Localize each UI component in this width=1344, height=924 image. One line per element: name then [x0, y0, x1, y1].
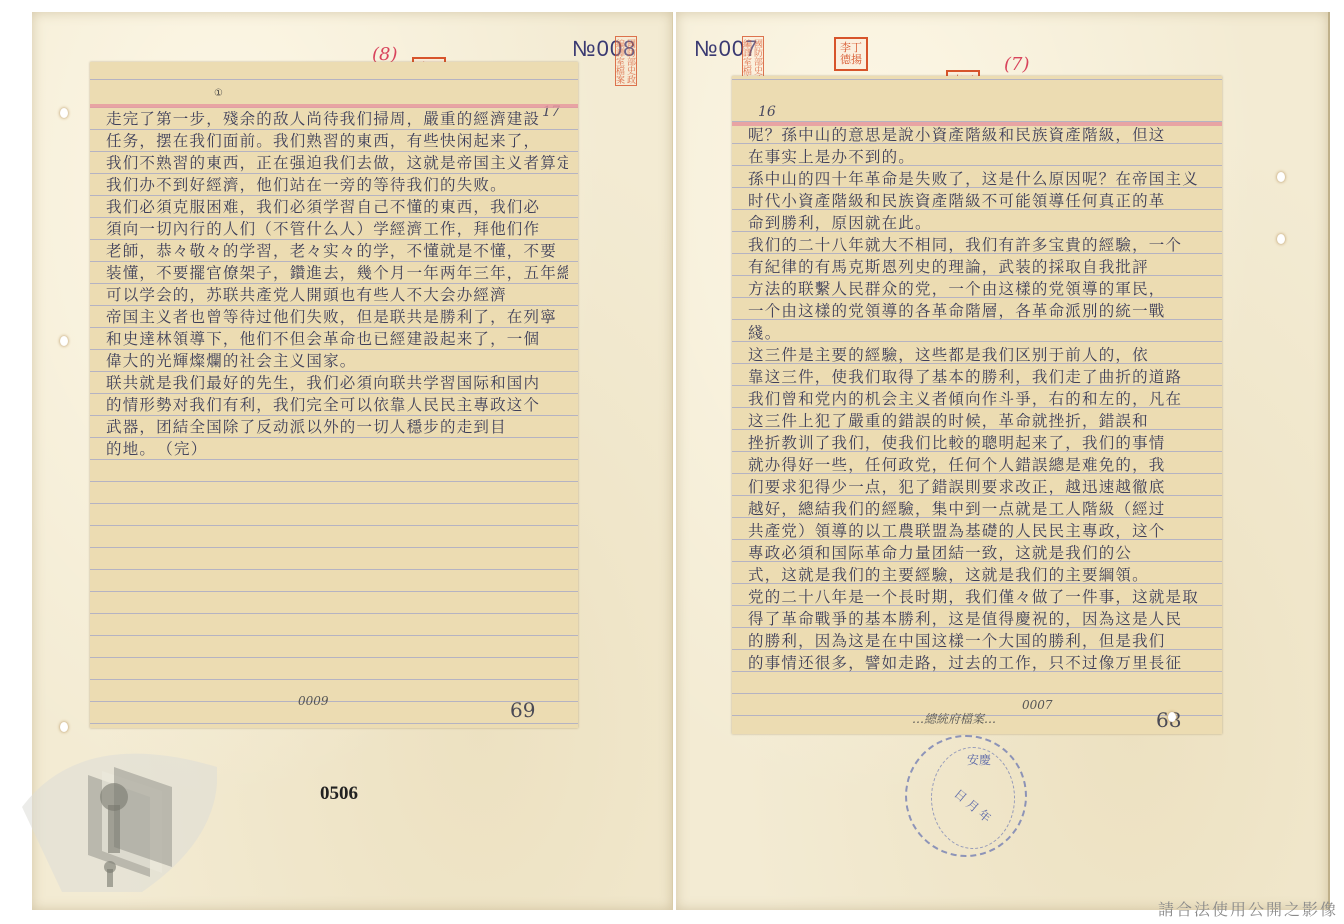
text-line: 偉大的光輝燦爛的社会主义国家。 [106, 350, 568, 372]
text-line: 共產党）領導的以工農联盟為基礎的人民民主專政，这个 [748, 520, 1212, 542]
text-line: 在事实上是办不到的。 [748, 146, 1212, 168]
text-line: 靠这三件，使我们取得了基本的勝利，我们走了曲折的道路 [748, 366, 1212, 388]
text-line: 的情形勢对我们有利，我们完全可以依靠人民民主專政这个 [106, 394, 568, 416]
left-archive-seal: 國防部史政編譯室檔案 [615, 36, 637, 86]
right-signature-mark: 0007 [1022, 698, 1053, 712]
right-page-number-top: 16 [758, 104, 776, 120]
text-line: 的事情还很多，譬如走路，过去的工作，只不过像万里長征 [748, 652, 1212, 674]
text-line: 方法的联繫人民群众的党，一个由这樣的党領導的軍民， [748, 278, 1212, 300]
archive-number: 0506 [320, 783, 358, 805]
text-line: 联共就是我们最好的先生，我们必須向联共学習国际和国内 [106, 372, 568, 394]
binding-hole [1277, 172, 1285, 182]
binding-hole [1168, 712, 1176, 722]
text-line: 一个由这樣的党領導的各革命階層，各革命派別的統一戰 [748, 300, 1212, 322]
circle-mark: ① [214, 88, 223, 99]
text-line: 的地。 （完） [106, 438, 568, 460]
text-line: 綫。 [748, 322, 1212, 344]
text-line: 我们必須克服困难，我们必須学習自己不懂的東西，我们必 [106, 196, 568, 218]
text-line: 武器，团結全国除了反动派以外的一切人穩步的走到目 [106, 416, 568, 438]
text-line: 的勝利，因為这是在中国这樣一个大国的勝利，但是我们 [748, 630, 1212, 652]
text-line: 專政必須和国际革命力量团結一致，这就是我们的公 [748, 542, 1212, 564]
text-line: 装懂，不要擺官僚架子，鑽進去，幾个月一年两年三年，五年總 [106, 262, 568, 284]
text-line: 这三件上犯了嚴重的錯誤的时候，革命就挫折，錯誤和 [748, 410, 1212, 432]
text-line: 我们不熟習的東西，正在强迫我们去做，这就是帝国主义者算定 [106, 152, 568, 174]
left-folio-number: 69 [510, 698, 535, 722]
text-line: 式，这就是我们的主要經驗，这就是我们的主要綱領。 [748, 564, 1212, 586]
text-line: 这三件是主要的經驗，这些都是我们区别于前人的，依 [748, 344, 1212, 366]
text-line: 任务，摆在我们面前。我们熟習的東西，有些快闲起来了， [106, 130, 568, 152]
text-line: 我们的二十八年就大不相同，我们有許多宝貴的經驗，一个 [748, 234, 1212, 256]
text-line: 党的二十八年是一个長时期，我们僅々做了一件事，这就是取 [748, 586, 1212, 608]
faint-stamp-text: …總統府檔案… [912, 710, 996, 727]
text-line: 我们办不到好經濟，他们站在一旁的等待我们的失败。 [106, 174, 568, 196]
usage-notice: 請合法使用公開之影像 [1158, 897, 1338, 920]
text-line: 越好，總結我们的經驗，集中到一点就是工人階級（經过 [748, 498, 1212, 520]
text-line: 呢？孫中山的意思是說小資產階級和民族資產階級，但这 [748, 124, 1212, 146]
text-line: 就办得好一些，任何政党，任何个人錯誤總是难免的，我 [748, 454, 1212, 476]
postmark-top-text: 安慶 [967, 751, 991, 768]
text-line: 走完了第一步，殘余的敌人尚待我们掃周，嚴重的經濟建設 [106, 108, 568, 130]
text-line: 老師，恭々敬々的学習，老々实々的学，不懂就是不懂，不要 [106, 240, 568, 262]
left-signature-mark: 0009 [298, 694, 329, 708]
binding-hole [60, 108, 68, 118]
text-line: 和史達林領導下，他们不但会革命也已經建設起来了，一個 [106, 328, 568, 350]
text-line: 时代小資產階級和民族資產階級不可能領導任何真正的革 [748, 190, 1212, 212]
text-line: 可以学会的，苏联共產党人開頭也有些人不大会办經濟 [106, 284, 568, 306]
left-manuscript-text: 走完了第一步，殘余的敌人尚待我们掃周，嚴重的經濟建設 任务，摆在我们面前。我们熟… [106, 108, 568, 460]
text-line: 我们曾和党内的机会主义者傾向作斗爭，右的和左的，凡在 [748, 388, 1212, 410]
text-line: 们要求犯得少一点，犯了錯誤則要求改正，越迅速越徹底 [748, 476, 1212, 498]
text-line: 命到勝利，原因就在此。 [748, 212, 1212, 234]
text-line: 有紀律的有馬克斯恩列史的理論，武装的採取自我批評 [748, 256, 1212, 278]
archive-watermark-logo-icon [22, 727, 217, 892]
text-line: 須向一切內行的人们（不管什么人）学經濟工作，拜他们作 [106, 218, 568, 240]
right-manuscript-page: 16 呢？孫中山的意思是說小資產階級和民族資產階級，但这 在事实上是办不到的。 … [732, 76, 1222, 734]
text-line: 帝国主义者也曾等待过他们失败，但是联共是勝利了，在列寧 [106, 306, 568, 328]
right-manuscript-text: 呢？孫中山的意思是說小資產階級和民族資產階級，但这 在事实上是办不到的。 孫中山… [748, 124, 1212, 674]
right-red-page-mark: (7) [1004, 54, 1030, 75]
right-top-seal: 李丁德揚 [834, 37, 868, 71]
text-line: 孫中山的四十年革命是失败了，这是什么原因呢？在帝国主义 [748, 168, 1212, 190]
text-line: 得了革命戰爭的基本勝利，这是值得慶祝的，因為这是人民 [748, 608, 1212, 630]
binding-hole [60, 336, 68, 346]
binding-hole [1277, 234, 1285, 244]
postmark-stamp: 安慶 日 月 年 [905, 735, 1027, 857]
text-line: 挫折教训了我们，使我们比較的聰明起来了，我们的事情 [748, 432, 1212, 454]
left-manuscript-page: ① 17 走完了第一步，殘余的敌人尚待我们掃周，嚴重的經濟建設 任务，摆在我们面… [90, 62, 578, 728]
